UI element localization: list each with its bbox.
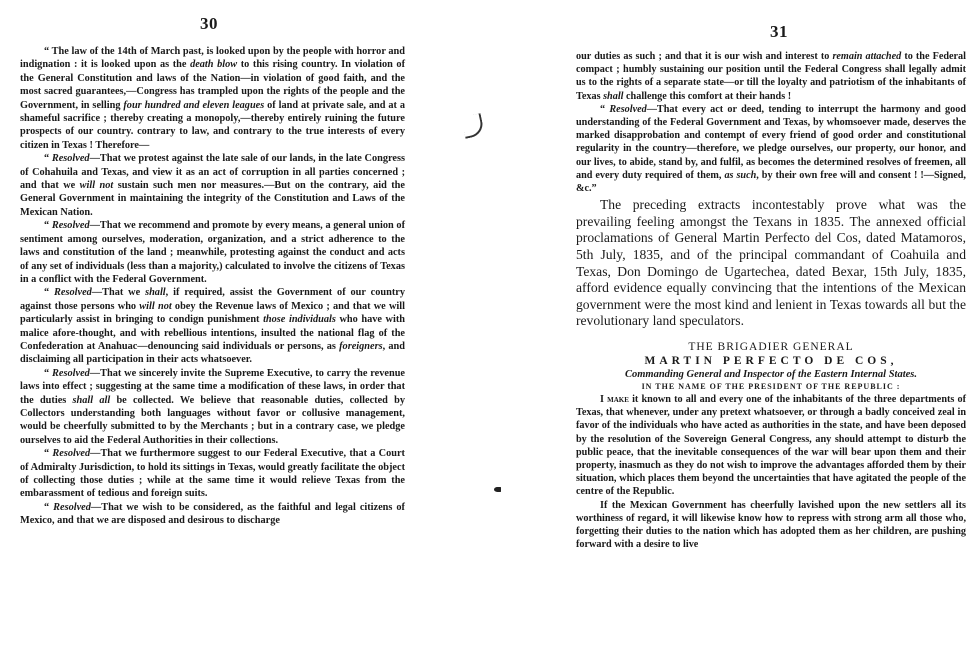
italic-emphasis: Resolved — [52, 220, 90, 231]
italic-emphasis: will not — [139, 301, 171, 312]
italic-emphasis: will not — [80, 180, 114, 191]
italic-emphasis: Resolved — [54, 287, 92, 298]
proclamation-title: THE BRIGADIER GENERAL — [576, 340, 966, 354]
text-run: “ — [44, 368, 52, 379]
italic-emphasis: as such — [724, 170, 756, 181]
text-run: challenge this comfort at their hands ! — [623, 91, 791, 102]
italic-emphasis: Resolved — [53, 502, 91, 513]
italic-emphasis: Resolved — [609, 104, 646, 115]
right-page: 31 our duties as such ; and that it is o… — [490, 0, 980, 657]
text-run: “ — [44, 287, 54, 298]
right-text-column: our duties as such ; and that it is our … — [576, 50, 966, 551]
paragraph-resolved: “ Resolved—That every act or deed, tendi… — [576, 103, 966, 195]
page-number-left: 30 — [200, 14, 218, 34]
paragraph-resolved: “ Resolved—That we furthermore suggest t… — [20, 447, 405, 501]
proclamation-name: MARTIN PERFECTO DE COS, — [576, 354, 966, 368]
italic-emphasis: Resolved — [52, 368, 90, 379]
left-page: 30 “ The law of the 14th of March past, … — [0, 0, 490, 657]
proclamation-body: I make it known to all and every one of … — [576, 393, 966, 499]
paragraph-resolved: “ Resolved—That we recommend and promote… — [20, 219, 405, 286]
text-run: “ — [600, 104, 609, 115]
text-run: “ — [44, 502, 53, 513]
text-run: our duties as such ; and that it is our … — [576, 51, 832, 62]
text-run: “ — [44, 220, 52, 231]
paragraph-resolved: “ Resolved—That we sincerely invite the … — [20, 367, 405, 447]
paragraph-resolved: “ Resolved—That we protest against the l… — [20, 152, 405, 219]
proclamation-subtitle: Commanding General and Inspector of the … — [576, 368, 966, 381]
paragraph: “ The law of the 14th of March past, is … — [20, 45, 405, 152]
text-run: —That we — [92, 287, 145, 298]
proclamation-lead: I make — [600, 394, 629, 405]
italic-emphasis: foreigners — [339, 341, 382, 352]
italic-emphasis: Resolved — [52, 448, 90, 459]
italic-emphasis: four hundred and eleven leagues — [123, 100, 264, 111]
italic-emphasis: shall all — [73, 395, 111, 406]
paragraph-resolved: “ Resolved—That we wish to be considered… — [20, 501, 405, 528]
paragraph-resolved: “ Resolved—That we shall, if required, a… — [20, 286, 405, 366]
page-number-right: 31 — [770, 22, 788, 42]
italic-emphasis: remain attached — [832, 51, 901, 62]
commentary-paragraph: The preceding extracts incontestably pro… — [576, 197, 966, 330]
text-run: “ — [44, 153, 52, 164]
proclamation-text: it known to all and every one of the inh… — [576, 394, 966, 497]
proclamation-body-2: If the Mexican Government has cheerfully… — [576, 499, 966, 552]
left-text-column: “ The law of the 14th of March past, is … — [20, 45, 405, 528]
italic-emphasis: those individuals — [263, 314, 336, 325]
italic-emphasis: shall — [603, 91, 623, 102]
italic-emphasis: death blow — [190, 59, 237, 70]
italic-emphasis: Resolved — [52, 153, 90, 164]
continuation-paragraph: our duties as such ; and that it is our … — [576, 50, 966, 103]
italic-emphasis: shall — [145, 287, 166, 298]
proclamation-invocation: IN THE NAME OF THE PRESIDENT OF THE REPU… — [576, 381, 966, 393]
